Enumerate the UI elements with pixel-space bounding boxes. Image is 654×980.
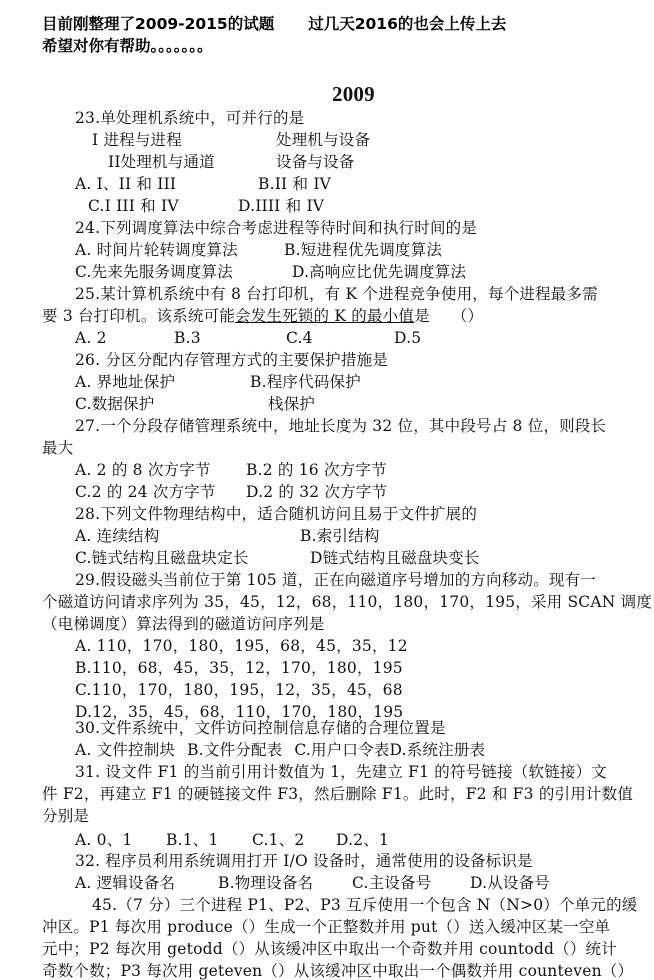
q31-option-b: B.1、1: [166, 830, 219, 850]
q45-stem-line-1: 45.（7 分）三个进程 P1、P2、P3 互斥使用一个包含 N（N>0）个单元…: [92, 895, 637, 915]
q26-option-a: A. 界地址保护: [75, 372, 175, 392]
q29-option-b: B.110，68，45，35，12，170，180，195: [75, 658, 403, 678]
q30-option-a: A. 文件控制块: [75, 741, 175, 759]
q32-option-c: C.主设备号: [352, 873, 431, 893]
header-note-part-b: 过几天2016的也会上传上去: [308, 15, 506, 33]
q29-option-a: A. 110，170，180，195，68，45，35，12: [75, 636, 408, 656]
q23-option-c: C.I III 和 IV: [88, 196, 179, 216]
q32-option-a: A. 逻辑设备名: [75, 873, 175, 893]
q30-stem: 30.文件系统中，文件访问控制信息存储的合理位置是: [75, 718, 446, 738]
q23-stem: 23.单处理机系统中，可并行的是: [75, 108, 304, 128]
q25-answer-blank: （）: [452, 307, 483, 325]
q28-option-c: C.链式结构且磁盘块定长: [75, 548, 249, 568]
q25-option-a: A. 2: [75, 328, 107, 348]
q27-option-b: B.2 的 16 次方字节: [246, 460, 387, 480]
q31-stem-line-2: 件 F2，再建立 F1 的硬链接文件 F3，然后删除 F1。此时，F2 和 F3…: [42, 784, 633, 804]
q27-option-a: A. 2 的 8 次方字节: [75, 460, 211, 480]
q23-option-a: A. I、II 和 III: [75, 174, 176, 194]
q29-stem-line-1: 29.假设磁头当前位于第 105 道，正在向磁道序号增加的方向移动。现有一: [75, 570, 596, 590]
q30-options: A. 文件控制块B.文件分配表C.用户口令表D.系统注册表: [75, 740, 485, 760]
q28-option-d: D链式结构且磁盘块变长: [310, 548, 480, 568]
q31-stem-line-1: 31. 设文件 F1 的当前引用计数值为 1，先建立 F1 的符号链接（软链接）…: [75, 762, 607, 782]
q23-option-b: B.II 和 IV: [258, 174, 331, 194]
q24-option-a: A. 时间片轮转调度算法: [75, 240, 238, 260]
q24-option-b: B.短进程优先调度算法: [284, 240, 442, 260]
q32-option-b: B.物理设备名: [218, 873, 313, 893]
q29-stem-line-3: （电梯调度）算法得到的磁道访问序列是: [42, 614, 325, 634]
q27-stem-line-1: 27.一个分段存储管理系统中，地址长度为 32 位，其中段号占 8 位，则段长: [75, 416, 606, 436]
q26-stem: 26. 分区分配内存管理方式的主要保护措施是: [75, 350, 388, 370]
q45-stem-line-3: 元中；P2 每次用 getodd（）从该缓冲区中取出一个奇数并用 countod…: [42, 939, 617, 959]
header-note-part-a: 目前刚整理了2009-2015的试题: [42, 15, 274, 33]
q23-item-4: 设备与设备: [276, 152, 355, 172]
q26-option-d: 栈保护: [268, 394, 315, 414]
q29-option-c: C.110，170，180，195，12，35，45，68: [75, 680, 403, 700]
q27-option-d: D.2 的 32 次方字节: [246, 482, 387, 502]
q31-option-d: D.2、1: [336, 830, 389, 850]
q28-option-a: A. 连续结构: [75, 526, 159, 546]
year-heading: 2009: [332, 84, 375, 104]
q25-option-c: C.4: [286, 328, 313, 348]
q23-item-2: 处理机与设备: [276, 130, 370, 150]
header-note-line-1: 目前刚整理了2009-2015的试题过几天2016的也会上传上去: [42, 14, 506, 34]
q24-stem: 24.下列调度算法中综合考虑进程等待时间和执行时间的是: [75, 218, 477, 238]
q28-option-b: B.索引结构: [300, 526, 380, 546]
q28-stem: 28.下列文件物理结构中，适合随机访问且易于文件扩展的: [75, 504, 477, 524]
q23-item-1: I 进程与进程: [92, 130, 182, 150]
q30-option-d: D.系统注册表: [390, 741, 486, 759]
q25-option-d: D.5: [394, 328, 421, 348]
q25-stem-part-c: 是: [414, 307, 430, 325]
q27-option-c: C.2 的 24 次方字节: [75, 482, 216, 502]
q32-stem: 32. 程序员利用系统调用打开 I/O 设备时，通常使用的设备标识是: [75, 851, 533, 871]
q45-stem-line-4: 奇数个数；P3 每次用 geteven（）从该缓冲区中取出一个偶数并用 coun…: [42, 961, 633, 980]
q26-option-b: B.程序代码保护: [250, 372, 361, 392]
q31-option-a: A. 0、1: [75, 830, 132, 850]
q25-stem-underlined: 会发生死锁的 K 的最小值: [235, 307, 414, 325]
q25-option-b: B.3: [174, 328, 201, 348]
q25-stem-line-2: 要 3 台打印机。该系统可能会发生死锁的 K 的最小值是（）: [42, 306, 483, 326]
q23-option-d: D.IIII 和 IV: [238, 196, 324, 216]
q29-stem-line-2: 个磁道访问请求序列为 35，45，12，68，110，180，170，195，采…: [42, 592, 652, 612]
q24-option-c: C.先来先服务调度算法: [75, 262, 233, 282]
q31-stem-line-3: 分别是: [42, 806, 89, 826]
q26-option-c: C.数据保护: [75, 394, 154, 414]
q31-option-c: C.1、2: [252, 830, 304, 850]
header-note-line-2: 希望对你有帮助。。。。。。。: [42, 36, 213, 56]
q23-item-3: II处理机与通道: [108, 152, 215, 172]
q25-stem-line-1: 25.某计算机系统中有 8 台打印机，有 K 个进程竞争使用，每个进程最多需: [75, 284, 598, 304]
q45-stem-line-2: 冲区。P1 每次用 produce（）生成一个正整数并用 put（）送入缓冲区某…: [42, 917, 610, 937]
q30-option-c: C.用户口令表: [294, 741, 389, 759]
q24-option-d: D.高响应比优先调度算法: [292, 262, 466, 282]
q30-option-b: B.文件分配表: [187, 741, 282, 759]
q32-option-d: D.从设备号: [470, 873, 550, 893]
q25-stem-part-a: 要 3 台打印机。该系统可能: [42, 307, 235, 325]
q27-stem-line-2: 最大: [42, 438, 73, 458]
